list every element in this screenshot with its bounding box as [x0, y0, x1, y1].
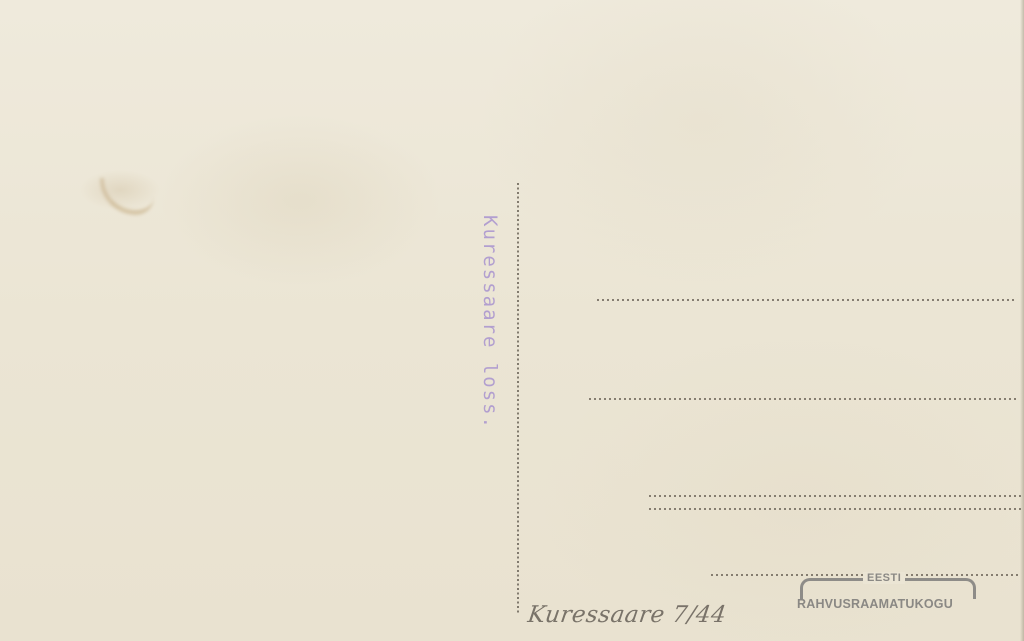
address-line-3 — [649, 495, 1021, 497]
stamp-bottom-text: RAHVUSRAAMATUKOGU — [797, 597, 953, 611]
handwritten-note: Kuressaare 7/44 — [526, 602, 728, 628]
postcard-back: Kuressaare loss. Kuressaare 7/44 EESTI R… — [0, 0, 1024, 641]
library-stamp: EESTI RAHVUSRAAMATUKOGU — [797, 571, 975, 619]
card-edge — [1020, 0, 1024, 641]
dotted-divider — [517, 183, 519, 615]
stamp-top-text: EESTI — [863, 572, 905, 584]
address-line-1 — [597, 299, 1017, 301]
paper-stain — [100, 178, 154, 215]
caption-stamp: Kuressaare loss. — [480, 215, 499, 430]
address-line-2 — [589, 398, 1019, 400]
address-line-4 — [649, 508, 1021, 510]
